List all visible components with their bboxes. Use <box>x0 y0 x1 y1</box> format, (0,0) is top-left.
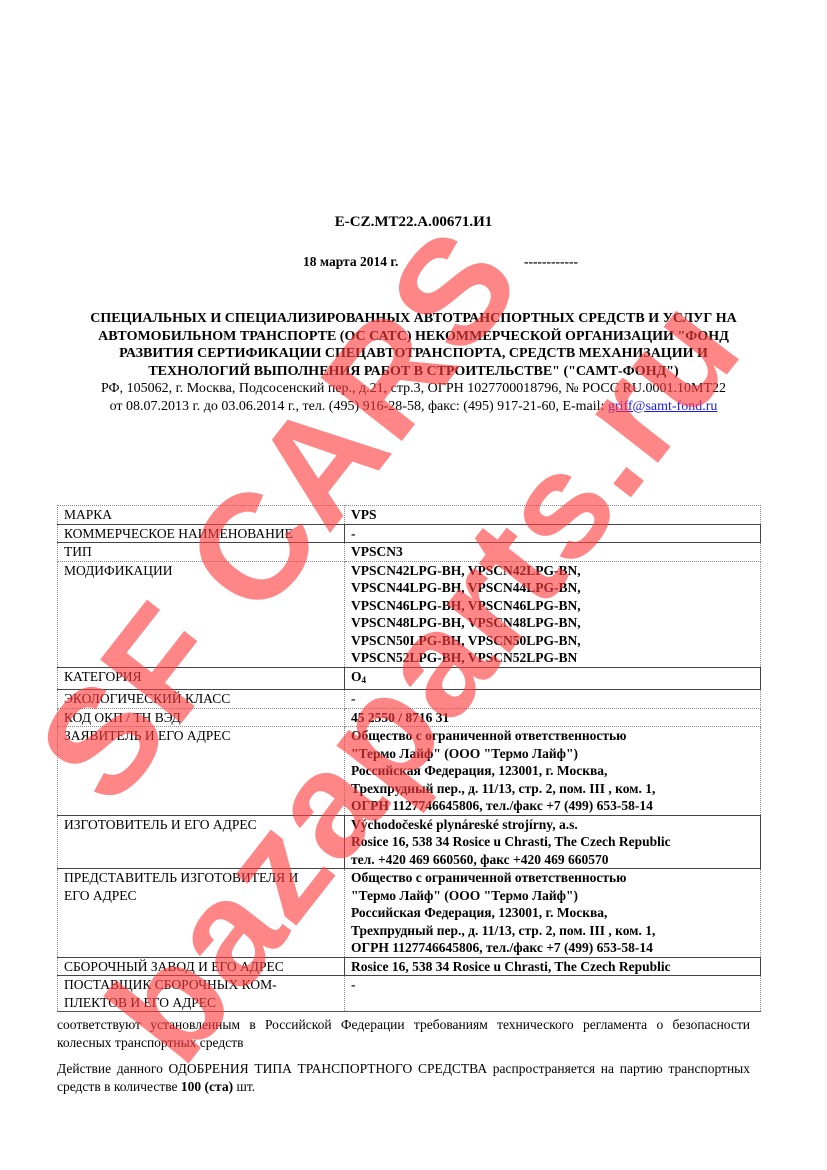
scope-prefix: Действие данного ОДОБРЕНИЯ ТИПА ТРАНСПОР… <box>57 1061 750 1094</box>
row-label: КАТЕГОРИЯ <box>58 667 345 690</box>
row-value-line: Российская Федерация, 123001, г. Москва, <box>351 762 754 780</box>
row-label-line: ПОСТАВЩИК СБОРОЧНЫХ КОМ- <box>64 976 338 994</box>
row-label: ПРЕДСТАВИТЕЛЬ ИЗГОТОВИТЕЛЯ ИЕГО АДРЕС <box>58 869 345 958</box>
row-label-line: ЕГО АДРЕС <box>64 887 338 905</box>
row-value-line: ОГРН 1127746645806, тел./факс +7 (499) 6… <box>351 939 754 957</box>
row-value-line: VPSCN44LPG-BH, VPSCN44LPG-BN, <box>351 579 754 597</box>
row-label-line: ПЛЕКТОВ И ЕГО АДРЕС <box>64 994 338 1012</box>
row-value: 45 2550 / 8716 31 <box>345 708 761 727</box>
org-name-line: АВТОМОБИЛЬНОМ ТРАНСПОРТЕ (ОС САТС) НЕКОМ… <box>40 328 787 346</box>
row-label: ИЗГОТОВИТЕЛЬ И ЕГО АДРЕС <box>58 815 345 869</box>
table-row: ЗАЯВИТЕЛЬ И ЕГО АДРЕСОбщество с ограниче… <box>58 727 761 816</box>
table-row: СБОРОЧНЫЙ ЗАВОД И ЕГО АДРЕСRosice 16, 53… <box>58 957 761 976</box>
issue-date: 18 марта 2014 г. <box>303 254 398 270</box>
row-value-line: Východočeské plynáreské strojírny, a.s. <box>351 816 754 834</box>
row-value: O4 <box>345 667 761 690</box>
row-label: КОД ОКП / ТН ВЭД <box>58 708 345 727</box>
approval-number: E-CZ.MT22.A.00671.И1 <box>0 214 827 231</box>
org-contacts-text: от 08.07.2013 г. до 03.06.2014 г., тел. … <box>110 399 608 414</box>
row-label: МАРКА <box>58 506 345 525</box>
table-row: ПРЕДСТАВИТЕЛЬ ИЗГОТОВИТЕЛЯ ИЕГО АДРЕСОбщ… <box>58 869 761 958</box>
org-name-line: РАЗВИТИЯ СЕРТИФИКАЦИИ СПЕЦАВТОТРАНСПОРТА… <box>40 345 787 363</box>
row-value-line: Трехпрудный пер., д. 11/13, стр. 2, пом.… <box>351 922 754 940</box>
row-value-line: - <box>351 525 754 543</box>
row-label-line: ПРЕДСТАВИТЕЛЬ ИЗГОТОВИТЕЛЯ И <box>64 869 338 887</box>
row-value-line: ОГРН 1127746645806, тел./факс +7 (499) 6… <box>351 797 754 815</box>
date-placeholder: ------------ <box>524 254 578 270</box>
org-contacts: от 08.07.2013 г. до 03.06.2014 г., тел. … <box>40 398 787 416</box>
row-value-line: Общество с ограниченной ответственностью <box>351 727 754 745</box>
row-label: КОММЕРЧЕСКОЕ НАИМЕНОВАНИЕ <box>58 524 345 543</box>
row-value: VPS <box>345 506 761 525</box>
vehicle-spec-table: МАРКАVPSКОММЕРЧЕСКОЕ НАИМЕНОВАНИЕ-ТИПVPS… <box>57 505 761 1012</box>
row-value: Východočeské plynáreské strojírny, a.s.R… <box>345 815 761 869</box>
row-value-line: тел. +420 469 660560, факс +420 469 6605… <box>351 851 754 869</box>
table-row: ТИПVPSCN3 <box>58 543 761 562</box>
row-value: - <box>345 524 761 543</box>
row-value: Rosice 16, 538 34 Rosice u Chrasti, The … <box>345 957 761 976</box>
row-value-line: Трехпрудный пер., д. 11/13, стр. 2, пом.… <box>351 780 754 798</box>
row-value-line: VPSCN50LPG-BH, VPSCN50LPG-BN, <box>351 632 754 650</box>
row-value-line: VPS <box>351 506 754 524</box>
scope-suffix: шт. <box>233 1079 255 1094</box>
row-label: СБОРОЧНЫЙ ЗАВОД И ЕГО АДРЕС <box>58 957 345 976</box>
org-address: РФ, 105062, г. Москва, Подсосенский пер.… <box>40 380 787 398</box>
row-value-line: VPSCN52LPG-BH, VPSCN52LPG-BN <box>351 649 754 667</box>
row-value-line: Rosice 16, 538 34 Rosice u Chrasti, The … <box>351 958 754 976</box>
row-value-line: Rosice 16, 538 34 Rosice u Chrasti, The … <box>351 833 754 851</box>
row-label: МОДИФИКАЦИИ <box>58 561 345 667</box>
row-value: - <box>345 976 761 1012</box>
issuing-organization: СПЕЦИАЛЬНЫХ И СПЕЦИАЛИЗИРОВАННЫХ АВТОТРА… <box>40 310 787 415</box>
row-value: VPSCN42LPG-BH, VPSCN42LPG-BN,VPSCN44LPG-… <box>345 561 761 667</box>
row-value-line: VPSCN46LPG-BH, VPSCN46LPG-BN, <box>351 597 754 615</box>
row-value-line: "Термо Лайф" (ООО "Термо Лайф") <box>351 887 754 905</box>
row-value-line: Общество с ограниченной ответственностью <box>351 869 754 887</box>
category-subscript: 4 <box>362 675 367 685</box>
row-label: ЭКОЛОГИЧЕСКИЙ КЛАСС <box>58 690 345 709</box>
row-value-line: VPSCN3 <box>351 543 754 561</box>
row-value-line: VPSCN48LPG-BH, VPSCN48LPG-BN, <box>351 614 754 632</box>
row-value-line: Российская Федерация, 123001, г. Москва, <box>351 904 754 922</box>
table-row: КОД ОКП / ТН ВЭД45 2550 / 8716 31 <box>58 708 761 727</box>
table-row: ПОСТАВЩИК СБОРОЧНЫХ КОМ-ПЛЕКТОВ И ЕГО АД… <box>58 976 761 1012</box>
row-label: ТИП <box>58 543 345 562</box>
document-page: E-CZ.MT22.A.00671.И1 18 марта 2014 г. --… <box>0 0 827 1170</box>
row-value: VPSCN3 <box>345 543 761 562</box>
table-row: ЭКОЛОГИЧЕСКИЙ КЛАСС- <box>58 690 761 709</box>
row-value: Общество с ограниченной ответственностью… <box>345 727 761 816</box>
row-label: ПОСТАВЩИК СБОРОЧНЫХ КОМ-ПЛЕКТОВ И ЕГО АД… <box>58 976 345 1012</box>
table-row: МОДИФИКАЦИИVPSCN42LPG-BH, VPSCN42LPG-BN,… <box>58 561 761 667</box>
row-value: - <box>345 690 761 709</box>
table-row: МАРКАVPS <box>58 506 761 525</box>
table-row: КОММЕРЧЕСКОЕ НАИМЕНОВАНИЕ- <box>58 524 761 543</box>
scope-statement: Действие данного ОДОБРЕНИЯ ТИПА ТРАНСПОР… <box>57 1060 750 1095</box>
org-name-line: ТЕХНОЛОГИЙ ВЫПОЛНЕНИЯ РАБОТ В СТРОИТЕЛЬС… <box>40 363 787 381</box>
category-value: O <box>351 669 362 684</box>
table-row: КАТЕГОРИЯO4 <box>58 667 761 690</box>
scope-quantity: 100 (ста) <box>181 1079 233 1094</box>
row-value-line: - <box>351 976 754 994</box>
org-name-line: СПЕЦИАЛЬНЫХ И СПЕЦИАЛИЗИРОВАННЫХ АВТОТРА… <box>40 310 787 328</box>
row-value: Общество с ограниченной ответственностью… <box>345 869 761 958</box>
compliance-statement: соответствуют установленным в Российской… <box>57 1016 750 1051</box>
row-label: ЗАЯВИТЕЛЬ И ЕГО АДРЕС <box>58 727 345 816</box>
row-value-line: "Термо Лайф" (ООО "Термо Лайф") <box>351 745 754 763</box>
table-row: ИЗГОТОВИТЕЛЬ И ЕГО АДРЕСVýchodočeské ply… <box>58 815 761 869</box>
row-value-line: 45 2550 / 8716 31 <box>351 709 754 727</box>
org-email-link[interactable]: griff@samt-fond.ru <box>608 399 717 414</box>
row-value-line: - <box>351 690 754 708</box>
row-value-line: VPSCN42LPG-BH, VPSCN42LPG-BN, <box>351 562 754 580</box>
